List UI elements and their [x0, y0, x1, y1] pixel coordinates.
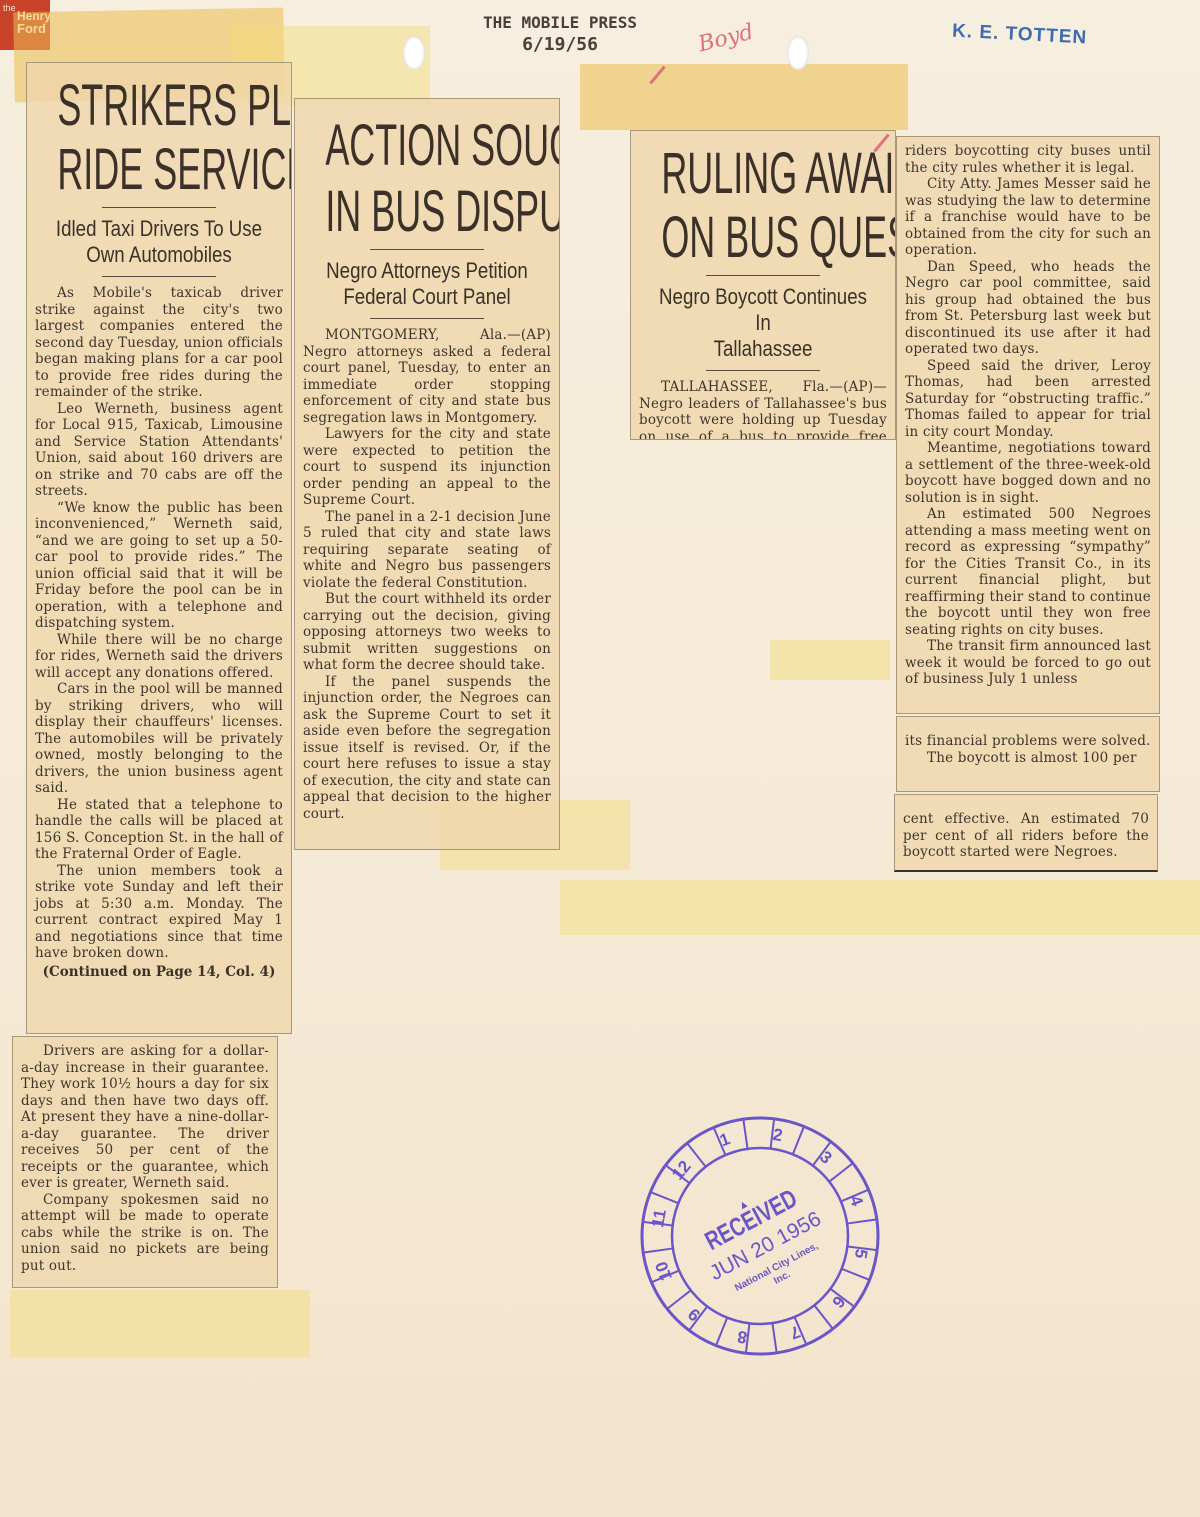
publication-name: THE MOBILE PRESS — [440, 12, 680, 34]
paragraph: The panel in a 2-1 decision June 5 ruled… — [303, 509, 551, 592]
svg-text:7: 7 — [787, 1322, 802, 1343]
paragraph: While there will be no charge for rides,… — [35, 632, 283, 682]
paragraph: The transit firm announced last week it … — [905, 638, 1151, 688]
pencil-note: Boyd — [696, 20, 756, 58]
paragraph: Speed said the driver, Leroy Thomas, had… — [905, 358, 1151, 441]
received-stamp: 123456789101112 ▲ RECEIVED JUN 20 1956 N… — [636, 1112, 884, 1360]
article-body: As Mobile's taxicab driver strike agains… — [35, 285, 283, 962]
paragraph: Company spokesmen said no attempt will b… — [21, 1192, 269, 1275]
deck-line: Negro Boycott Continues In — [658, 284, 869, 336]
svg-text:2: 2 — [771, 1125, 784, 1145]
paragraph: An estimated 500 Negroes attending a mas… — [905, 506, 1151, 638]
headline-line: IN BUS DISPUTE — [325, 183, 528, 241]
paragraph: Cars in the pool will be manned by strik… — [35, 681, 283, 797]
deck-line: Own Automobiles — [54, 242, 265, 268]
headline-line: RULING AWAITED — [661, 145, 864, 203]
svg-text:6: 6 — [828, 1292, 849, 1311]
svg-text:4: 4 — [846, 1193, 867, 1209]
divider — [102, 207, 216, 208]
article-body: Drivers are asking for a dollar-a-day in… — [21, 1043, 269, 1274]
paragraph: The boycott is almost 100 per — [905, 750, 1151, 767]
paragraph: As Mobile's taxicab driver strike agains… — [35, 285, 283, 401]
deck-line: Idled Taxi Drivers To Use — [54, 216, 265, 242]
article-body: TALLAHASSEE, Fla.—(AP)— Negro leaders of… — [639, 379, 887, 440]
svg-text:10: 10 — [652, 1259, 676, 1283]
paragraph: Lawyers for the city and state were expe… — [303, 426, 551, 509]
article-deck: Negro Boycott Continues In Tallahassee — [658, 284, 869, 362]
headline-line: ON BUS QUESTION — [661, 209, 864, 267]
divider — [102, 276, 216, 277]
article-deck: Idled Taxi Drivers To Use Own Automobile… — [54, 216, 265, 268]
svg-text:8: 8 — [736, 1327, 749, 1347]
svg-text:3: 3 — [816, 1147, 835, 1168]
paragraph: He stated that a telephone to handle the… — [35, 797, 283, 863]
paragraph: Leo Werneth, business agent for Local 91… — [35, 401, 283, 500]
article-headline: RULING AWAITED ON BUS QUESTION — [661, 145, 864, 267]
tape-strip — [580, 64, 908, 130]
article-ruling-column-2: riders boycotting city buses until the c… — [896, 136, 1160, 714]
paragraph: Meantime, negotiations toward a settleme… — [905, 440, 1151, 506]
svg-text:12: 12 — [668, 1157, 695, 1184]
svg-text:5: 5 — [851, 1247, 871, 1260]
punch-hole — [403, 36, 425, 70]
paragraph: City Atty. James Messer said he was stud… — [905, 176, 1151, 259]
divider — [706, 275, 820, 276]
paragraph: Drivers are asking for a dollar-a-day in… — [21, 1043, 269, 1192]
tape-strip — [770, 640, 890, 680]
article-strikers-plan: STRIKERS PLAN RIDE SERVICE Idled Taxi Dr… — [26, 62, 292, 1034]
tape-strip — [560, 880, 1200, 935]
paragraph: riders boycotting city buses until the c… — [905, 143, 1151, 176]
svg-text:11: 11 — [648, 1208, 670, 1229]
article-deck: Negro Attorneys Petition Federal Court P… — [322, 258, 533, 310]
article-ruling-column-4: cent effective. An estimated 70 per cent… — [894, 794, 1158, 872]
divider — [370, 249, 484, 250]
paragraph: cent effective. An estimated 70 per cent… — [903, 811, 1149, 861]
svg-text:1: 1 — [717, 1129, 732, 1150]
article-body: cent effective. An estimated 70 per cent… — [903, 801, 1149, 861]
paragraph: But the court withheld its order carryin… — [303, 591, 551, 674]
deck-line: Federal Court Panel — [322, 284, 533, 310]
article-strikers-continuation: Drivers are asking for a dollar-a-day in… — [12, 1036, 278, 1288]
headline-line: RIDE SERVICE — [57, 141, 260, 199]
paragraph: Dan Speed, who heads the Negro car pool … — [905, 259, 1151, 358]
paragraph: If the panel suspends the injunction ord… — [303, 674, 551, 823]
article-ruling-column-3: its financial problems were solved. The … — [896, 716, 1160, 792]
continued-note: (Continued on Page 14, Col. 4) — [35, 964, 283, 980]
article-body: its financial problems were solved. The … — [905, 723, 1151, 766]
article-headline: STRIKERS PLAN RIDE SERVICE — [57, 77, 260, 199]
article-action-sought: ACTION SOUGHT IN BUS DISPUTE Negro Attor… — [294, 98, 560, 850]
name-stamp: K. E. TOTTEN — [952, 20, 1088, 49]
paragraph: TALLAHASSEE, Fla.—(AP)— Negro leaders of… — [639, 379, 887, 440]
punch-hole — [787, 36, 809, 70]
divider — [706, 370, 820, 371]
article-ruling-awaited: RULING AWAITED ON BUS QUESTION Negro Boy… — [630, 130, 896, 440]
paragraph: MONTGOMERY, Ala.—(AP) Negro attorneys as… — [303, 327, 551, 426]
article-body: MONTGOMERY, Ala.—(AP) Negro attorneys as… — [303, 327, 551, 822]
article-headline: ACTION SOUGHT IN BUS DISPUTE — [325, 117, 528, 241]
paragraph: “We know the public has been inconvenien… — [35, 500, 283, 632]
divider — [370, 318, 484, 319]
paragraph: The union members took a strike vote Sun… — [35, 863, 283, 962]
headline-line: STRIKERS PLAN — [57, 77, 260, 135]
paragraph: its financial problems were solved. — [905, 733, 1151, 750]
article-body: riders boycotting city buses until the c… — [905, 143, 1151, 688]
tape-strip — [10, 1290, 310, 1358]
svg-text:9: 9 — [684, 1304, 703, 1325]
publication-label: THE MOBILE PRESS 6/19/56 — [440, 12, 680, 56]
deck-line: Negro Attorneys Petition — [322, 258, 533, 284]
publication-date: 6/19/56 — [440, 34, 680, 56]
headline-line: ACTION SOUGHT — [325, 117, 528, 175]
deck-line: Tallahassee — [658, 336, 869, 362]
